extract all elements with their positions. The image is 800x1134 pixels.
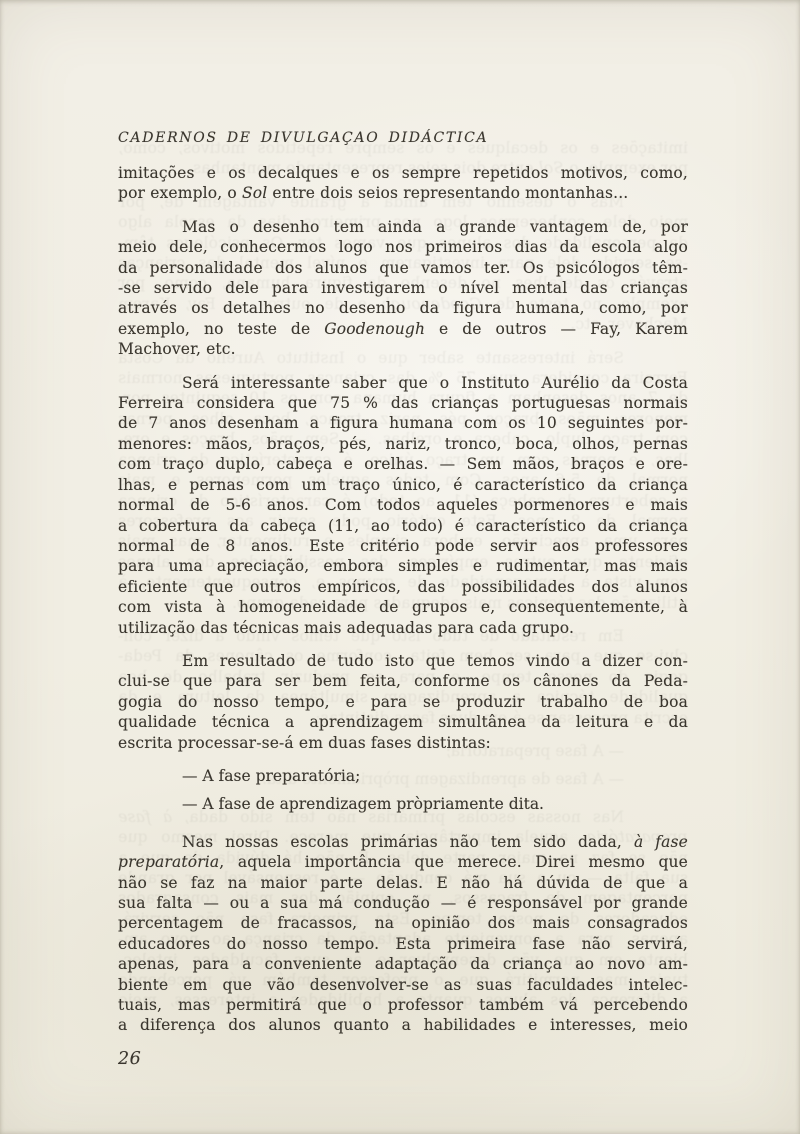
text-line: Será interessante saber que o Instituto … — [118, 373, 688, 393]
text-line: por exemplo, o Sol entre dois seios repr… — [118, 183, 688, 203]
text-line: através os detalhes no desenho da figura… — [118, 298, 688, 318]
text-line: utilização das técnicas mais adequadas p… — [118, 618, 688, 638]
text-line: não se faz na maior parte delas. E não h… — [118, 873, 688, 893]
scanned-book-page: imitações e os decalques e os sempre rep… — [0, 0, 800, 1134]
text-line: educadores do nosso tempo. Esta primeira… — [118, 934, 688, 954]
text-line: exemplo, no teste de Goodenough e de out… — [118, 319, 688, 339]
text-line: preparatória, aquela importância que mer… — [118, 852, 688, 872]
page-content: CADERNOS DE DIVULGAÇAO DIDÁCTICA imitaçõ… — [118, 130, 688, 1069]
dash-list: — A fase preparatória;— A fase de aprend… — [118, 766, 688, 815]
text-line: com traço duplo, cabeça e orelhas. — Sem… — [118, 454, 688, 474]
text-line: escrita processar-se-á em duas fases dis… — [118, 733, 688, 753]
text-line: percentagem de fracassos, na opinião dos… — [118, 913, 688, 933]
text-line: menores: mãos, braços, pés, nariz, tronc… — [118, 434, 688, 454]
page-number: 26 — [118, 1049, 688, 1069]
paragraph: Será interessante saber que o Instituto … — [118, 373, 688, 638]
running-header: CADERNOS DE DIVULGAÇAO DIDÁCTICA — [118, 130, 688, 146]
text-line: Ferreira considera que 75 % das crianças… — [118, 393, 688, 413]
text-line: Machover, etc. — [118, 339, 688, 359]
text-line: normal de 8 anos. Este critério pode ser… — [118, 536, 688, 556]
text-line: eficiente que outros empíricos, das poss… — [118, 577, 688, 597]
text-line: com vista à homogeneidade de grupos e, c… — [118, 597, 688, 617]
paragraph: Nas nossas escolas primárias não tem sid… — [118, 832, 688, 1036]
text-line: apenas, para a conveniente adaptação da … — [118, 954, 688, 974]
text-line: sua falta — ou a sua má condução — é res… — [118, 893, 688, 913]
body-text: imitações e os decalques e os sempre rep… — [118, 163, 688, 1036]
text-line: para uma apreciação, embora simples e ru… — [118, 556, 688, 576]
text-line: tuais, mas permitirá que o professor tam… — [118, 995, 688, 1015]
text-line: normal de 5-6 anos. Com todos aqueles po… — [118, 495, 688, 515]
text-line: gogia do nosso tempo, e para se produzir… — [118, 692, 688, 712]
text-line: lhas, e pernas com um traço único, é car… — [118, 475, 688, 495]
text-line: Em resultado de tudo isto que temos vind… — [118, 651, 688, 671]
paragraph: Em resultado de tudo isto que temos vind… — [118, 651, 688, 753]
text-line: de 7 anos desenham a figura humana com o… — [118, 413, 688, 433]
list-item: — A fase de aprendizagem pròpriamente di… — [118, 794, 688, 814]
paragraph: imitações e os decalques e os sempre rep… — [118, 163, 688, 204]
text-line: meio dele, conhecermos logo nos primeiro… — [118, 237, 688, 257]
text-line: a diferença dos alunos quanto a habilida… — [118, 1015, 688, 1035]
list-item: — A fase preparatória; — [118, 766, 688, 786]
text-line: -se servido dele para investigarem o nív… — [118, 278, 688, 298]
paragraph: Mas o desenho tem ainda a grande vantage… — [118, 217, 688, 360]
text-line: clui-se que para ser bem feita, conforme… — [118, 671, 688, 691]
text-line: Nas nossas escolas primárias não tem sid… — [118, 832, 688, 852]
text-line: a cobertura da cabeça (11, ao todo) é ca… — [118, 516, 688, 536]
text-line: da personalidade dos alunos que vamos te… — [118, 258, 688, 278]
text-line: biente em que vão desenvolver-se as suas… — [118, 975, 688, 995]
text-line: Mas o desenho tem ainda a grande vantage… — [118, 217, 688, 237]
text-line: qualidade técnica a aprendizagem simultâ… — [118, 712, 688, 732]
text-line: imitações e os decalques e os sempre rep… — [118, 163, 688, 183]
